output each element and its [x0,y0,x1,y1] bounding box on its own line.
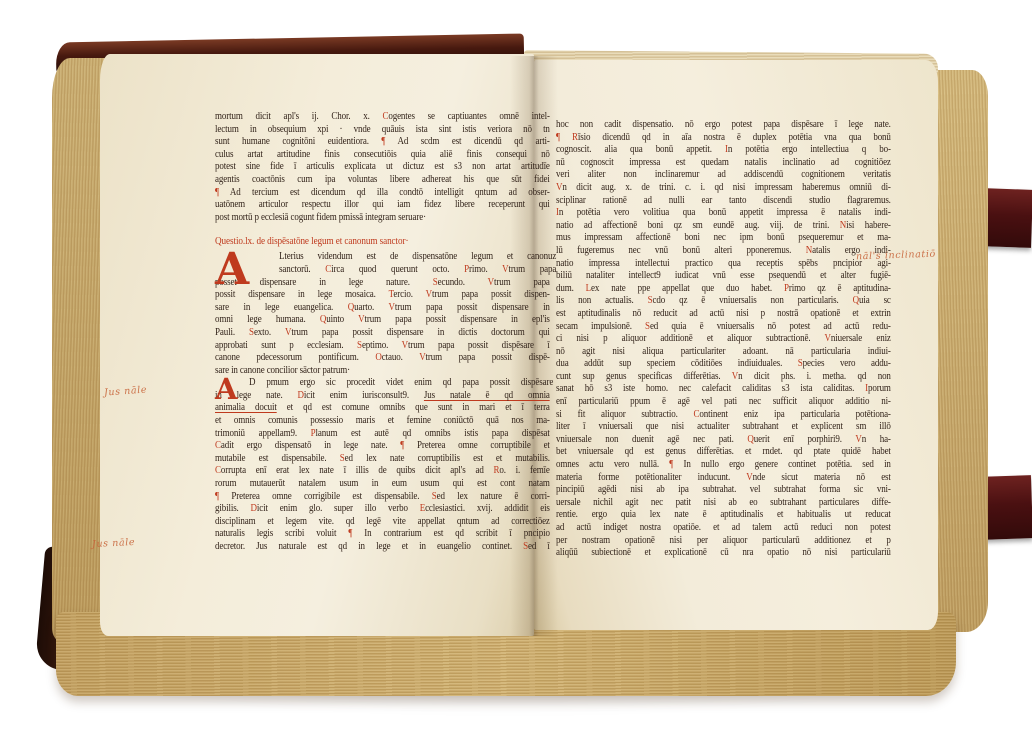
text-line: sare in canone concilior sāctor patrum· [215,365,550,378]
printed-text: cdo qz ē vniuersalis non particularis. [653,295,853,306]
drop-cap-initial: A [215,377,238,401]
printed-text: lū fugeremus nec vnū bonū alteri pponere… [556,245,806,256]
text-line: cunt sup genus specificas differētias. V… [556,371,891,384]
printed-text: trum papa possit dispensare in dictis do… [291,327,549,338]
text-line: in lege nate. Dicit enim iurisconsult9. … [215,390,550,403]
printed-text: Ad tercium est dicendum qd illa condtō i… [219,187,550,198]
printed-text: eptimo. [362,340,402,351]
printed-text: porum [868,383,891,394]
printed-text: biliū nataliter intellect9 iudicat vnū e… [556,270,891,281]
text-line: liter ī vniuersali que nisi actualiter s… [556,421,891,434]
printed-text: gibilis. [215,503,251,514]
text-line: sanctorū. Circa quod querunt octo. Primo… [279,264,556,277]
printed-text: bet vniuersale qd est genus differētias.… [556,446,891,457]
printed-text: natio ad affectionē boni qz sm eundē aug… [556,220,840,231]
rubricated-text: Jus natale ē qd omnia [424,390,550,401]
printed-text: cognoscit. alia qua bonū appetit. [556,144,725,155]
text-line: dum. Lex nate ppe appellat que duo habet… [556,283,891,296]
text-line: naturalis legis scribi voluit ¶ In contr… [215,528,550,541]
text-line: biliū nataliter intellect9 iudicat vnū e… [556,270,891,283]
text-line: pincipiū agēdi nisi ab ipa subtrahat. ve… [556,484,891,497]
text-line: est aptitudinalis nō reducit ad actū nis… [556,308,891,321]
paragraph-ad-primum: A D pmum ergo sic procedit videt enim qd… [215,377,587,553]
right-page-text: hoc non cadit dispensatio. nō ergo potes… [556,119,928,560]
printed-text: dum. [556,283,586,294]
printed-text: In contrarium est qd scribit ī pncipio [352,528,549,539]
text-line: rorum mutauerūt natalem usum in eum usum… [215,478,550,491]
page-edges-left [52,58,106,642]
page-edges-right [930,70,988,632]
text-line: natio impressa intellectui practico qua … [556,258,891,271]
printed-text: ci nisi p aliquor additionē et aliquor s… [556,333,825,344]
printed-text: ecundo. [438,277,488,288]
printed-text: lanum est autē qd omnibs istis papa disp… [316,428,550,439]
printed-text: n ha- [862,434,891,445]
text-line: uersale nichil agit nec patit nisi ab eo… [556,497,891,510]
text-line: ad actū indiget nostra opatiōe. et ad ta… [556,522,891,535]
text-line: sare in lege euangelica. Quarto. Vtrum p… [215,302,550,315]
printed-text: n dicit phs. i. metha. qd non [738,371,891,382]
text-line: decretor. Jus naturale est qd in lege et… [215,541,550,554]
printed-text: uerit enī porphiri9. [754,434,856,445]
text-line: agentis coactōnis cum ipa voluntas liber… [215,174,550,187]
text-line: hoc non cadit dispensatio. nō ergo potes… [556,119,891,132]
text-line: cognoscit. alia qua bonū appetit. In pot… [556,144,891,157]
printed-text: per nostram opationē nisi per aliquor pa… [556,535,891,546]
text-line: per nostram opationē nisi per aliquor pa… [556,535,891,548]
text-line: culus artat artitudine finis consecutiōi… [215,149,550,162]
printed-text: vniuersale non duenit agē nec pati. [556,434,747,445]
printed-text: hoc non cadit dispensatio. nō ergo potes… [556,119,891,130]
printed-text: sunt humane cognitōni euidentiora. [215,136,381,147]
text-line: Corrupta enī erat lex nate ī illis de qu… [215,465,550,478]
printed-text: ctauo. [382,352,419,363]
text-line: si fit aliquor subtractio. Continent eni… [556,409,891,422]
printed-text: canone pdecessorum pontificum. [215,352,375,363]
printed-text: et qd est comune omnibs que sunt in mari… [277,402,550,413]
printed-text: uinto [326,314,358,325]
text-line: lū fugeremus nec vnū bonū alteri pponere… [556,245,891,258]
text-line: mutabile est dispensabile. Sed lex nate … [215,453,550,466]
incunabulum-photo: { "book": { "colors": { "ink": "#33241b"… [0,0,1032,754]
printed-text: nde sicut materia nō est [753,472,891,483]
printed-text: n dicit aug. x. de trini. c. i. qd nisi … [562,182,890,193]
printed-text: nū cognoscit impressa est quedam natalis… [556,157,891,168]
text-line: sanat hō s3 iste homo. nec calefacit cal… [556,383,891,396]
text-line: Pauli. Sexto. Vtrum papa possit dispensa… [215,327,550,340]
printed-text: trum papa possit dispen- [432,289,550,300]
printed-text: ontinent eniz ipa particularia potētiona… [699,409,890,420]
printed-text: ed lex nature ē corri- [437,491,550,502]
printed-text: uarto. [354,302,388,313]
printed-text: ogentes se captiuantes omnē intel- [388,111,549,122]
text-line: sunt humane cognitōni euidentiora. ¶ Ad … [215,136,550,149]
left-page-text: mortum dicit apl's ij. Chor. x. Cogentes… [215,111,587,554]
text-line: canone pdecessorum pontificum. Octauo. V… [215,352,550,365]
printed-text: mus impressam affectionē boni nec ipm bo… [556,232,891,243]
rubricated-text: ¶ R [556,132,578,143]
printed-text: culus artat artitudine finis consecutiōi… [215,149,550,160]
printed-text: Preterea omne corruptibile et [404,440,550,451]
text-line: vniuersale non duenit agē nec pati. Quer… [556,434,891,447]
clasp-strap-upper [982,188,1032,248]
text-line: lectum in obsequium xpi · vnde quāuis is… [215,124,550,137]
printed-text: secam impulsionē. [556,321,645,332]
printed-text: veri aliter non inclinaremur ad addiscen… [556,169,891,180]
printed-text: si fit aliquor subtractio. [556,409,694,420]
printed-text: pincipiū agēdi nisi ab ipa subtrahat. ve… [556,484,891,495]
text-line: trimoniū appellam9. Planum est autē qd o… [215,428,550,441]
printed-text: niuersale eniz [831,333,891,344]
text-line: dua addūt sup speciem cōditiōes indiuidu… [556,358,891,371]
text-line: disciplinam et legem vite. qd legē vite … [215,516,550,529]
text-line: sciplinar rationē ad nulli ear tanto dis… [556,195,891,208]
printed-text: agentis coactōnis cum ipa voluntas liber… [215,174,550,185]
text-line: et omnis comunis possessio maris et femi… [215,415,550,428]
printed-text: trum papa possit dispē- [426,352,550,363]
printed-text: īsio dicendū qd in aīa nostra ē duplex p… [578,132,891,143]
text-line: approbati sunt p ecclesiam. Septimo. Vtr… [215,340,550,353]
printed-text: mutabile est dispensabile. [215,453,340,464]
text-line: In potētia vero volitiua qua bonū appeti… [556,207,891,220]
printed-text: trum papa [509,264,557,275]
printed-text: sare in lege euangelica. [215,302,348,313]
printed-text: post mortū p ecclesiā cogunt fidem pmiss… [215,212,426,223]
printed-text: trimoniū appellam9. [215,428,311,439]
printed-text: uia sc [859,295,891,306]
printed-text: Lterius videndum est de dispensatōne leg… [279,251,556,262]
printed-text: ed quia ē vniuersalis nō potest ad actū … [650,321,891,332]
paragraph-replies: mortum dicit apl's ij. Chor. x. Cogentes… [215,111,587,224]
printed-text: rentie. ergo quia lex nate ē aptitudinal… [556,509,891,520]
text-line: veri aliter non inclinaremur ad addiscen… [556,169,891,182]
printed-text: rorum mutauerūt natalem usum in eum usum… [215,478,550,489]
text-line: D pmum ergo sic procedit videt enim qd p… [249,377,553,390]
drop-cap-initial: A [215,252,249,288]
margin-note: Jus nāle [92,537,136,550]
text-line: natio ad affectionē boni qz sm eundē aug… [556,220,891,233]
printed-text: icit enim glo. super illo verbo [257,503,420,514]
printed-text: adit ergo dispensatō in lege nate. [221,440,400,451]
printed-text: dua addūt sup speciem cōditiōes indiuidu… [556,358,798,369]
text-line: ¶ Ad tercium est dicendum qd illa condtō… [215,187,550,200]
printed-text: lectum in obsequium xpi · vnde quāuis is… [215,124,550,135]
printed-text: sanat hō s3 iste homo. nec calefacit cal… [556,383,865,394]
printed-text: nō agit nisi aliqua particulariter adoan… [556,346,891,357]
text-line: Cadit ergo dispensatō in lege nate. ¶ Pr… [215,440,550,453]
text-line: ¶ Preterea omne corrigibile est dispensa… [215,491,550,504]
printed-text: o. i. femīe [499,465,549,476]
printed-text: isi habere- [846,220,891,231]
printed-text: aliqūū subiectionē et explicationē cū nr… [556,547,891,558]
printed-text: Ad scdm est dicendū qd arti- [385,136,549,147]
printed-text: omnes actu vero nullā. [556,459,669,470]
printed-text: decretor. Jus naturale est qd in lege et… [215,541,523,552]
text-line: Lterius videndum est de dispensatōne leg… [279,251,556,264]
printed-text: n potētia ergo intellectiua q bo- [728,144,891,155]
printed-text: trum papa possit dispensare in [395,302,550,313]
text-line: rentie. ergo quia lex nate ē aptitudinal… [556,509,891,522]
text-line: ¶ Rīsio dicendū qd in aīa nostra ē duple… [556,132,891,145]
printed-text: liter ī vniuersali que nisi actualiter s… [556,421,891,432]
text-line: enī particulariū ppum ē agē vel pati nec… [556,396,891,409]
paragraph-responsio: hoc non cadit dispensatio. nō ergo potes… [556,119,928,560]
text-line: ci nisi p aliquor additionē et aliquor s… [556,333,891,346]
printed-text: cclesiastici. xvij. addidit eis [425,503,550,514]
printed-text: rimo. [469,264,502,275]
printed-text: materia forme potētionaliter inducunt. [556,472,746,483]
printed-text: ercio. [393,289,425,300]
printed-text: et omnis comunis possessio maris et femi… [215,415,550,426]
printed-text: exto. [254,327,285,338]
rubric-heading: Questio.lx. de dispēsatōne legum et cano… [215,235,550,248]
text-line: gibilis. Dicit enim glo. super illo verb… [215,503,550,516]
printed-text: cunt sup genus specificas differētias. [556,371,732,382]
printed-text: orrupta enī erat lex nate ī illis de qui… [221,465,494,476]
printed-text: approbati sunt p ecclesiam. [215,340,357,351]
printed-text: Pauli. [215,327,249,338]
printed-text: irca quod querunt octo. [331,264,464,275]
printed-text: enī particulariū ppum ē agē vel pati nec… [556,396,891,407]
text-line: materia forme potētionaliter inducunt. V… [556,472,891,485]
printed-text: icit enim iurisconsult9. [304,390,424,401]
printed-text: trum papa possit dispensare in epl'is [364,314,549,325]
text-line: potest sine fide ī articulis explicata u… [215,161,550,174]
printed-text: mortum dicit apl's ij. Chor. x. [215,111,382,122]
printed-text: est aptitudinalis nō reducit ad actū nis… [556,308,891,319]
text-line: nū cognoscit impressa est quedam natalis… [556,157,891,170]
printed-text: omni lege humana. [215,314,320,325]
printed-text: disciplinam et legem vite. qd legē vite … [215,516,550,527]
text-line: nō agit nisi aliqua particulariter adoan… [556,346,891,359]
printed-text: pecies vero addu- [803,358,891,369]
text-line: aliqūū subiectionē et explicationē cū nr… [556,547,891,560]
text-line: mortum dicit apl's ij. Chor. x. Cogentes… [215,111,550,124]
text-line: omnes actu vero nullā. ¶ In nullo ergo g… [556,459,891,472]
printed-text: ed ī [528,541,550,552]
text-line: Vn dicit aug. x. de trini. c. i. qd nisi… [556,182,891,195]
text-line: uatōnem articulor respectu illor qui iam… [215,199,550,212]
printed-text: ed lex nate corruptibilis est et mutabil… [345,453,550,464]
printed-text: sanctorū. [279,264,325,275]
printed-text: rimo qz ē aptitudina- [789,283,891,294]
text-line: mus impressam affectionē boni nec ipm bo… [556,232,891,245]
printed-text: trum papa possit dispēsare ī [408,340,550,351]
printed-text: trum papa [494,277,550,288]
printed-text: n potētia vero volitiua qua bonū appetit… [559,207,891,218]
printed-text: In nullo ergo genere continet potētia. s… [673,459,891,470]
printed-text: Preterea omne corrigibile est dispensabi… [219,491,432,502]
text-line: bet vniuersale qd est genus differētias.… [556,446,891,459]
text-line: omni lege humana. Quinto Vtrum papa poss… [215,314,550,327]
printed-text: naturalis legis scribi voluit [215,528,348,539]
text-line: post mortū p ecclesiā cogunt fidem pmiss… [215,212,550,225]
text-line: possit dispensare in lege mosaica. Terci… [215,289,550,302]
printed-text: lis non actualis. [556,295,648,306]
printed-text: potest sine fide ī articulis explicata u… [215,161,550,172]
text-line: secam impulsionē. Sed quia ē vniuersalis… [556,321,891,334]
printed-text: D pmum ergo sic procedit videt enim qd p… [249,377,553,388]
printed-text: uersale nichil agit nec patit nisi ab eo… [556,497,891,508]
printed-text: sciplinar rationē ad nulli ear tanto dis… [556,195,891,206]
text-line: posset dispensare in lege nature. Secund… [215,277,550,290]
printed-text: ex nate ppe appellat que duo habet. [591,283,784,294]
printed-text: natio impressa intellectui practico qua … [556,258,891,269]
text-line: lis non actualis. Scdo qz ē vniuersalis … [556,295,891,308]
paragraph-questio: A Lterius videndum est de dispensatōne l… [215,251,587,377]
printed-text: uatōnem articulor respectu illor qui iam… [215,199,550,210]
text-line: animalia docuit et qd est comune omnibs … [215,402,550,415]
printed-text: ad actū indiget nostra opatiōe. et ad ta… [556,522,891,533]
